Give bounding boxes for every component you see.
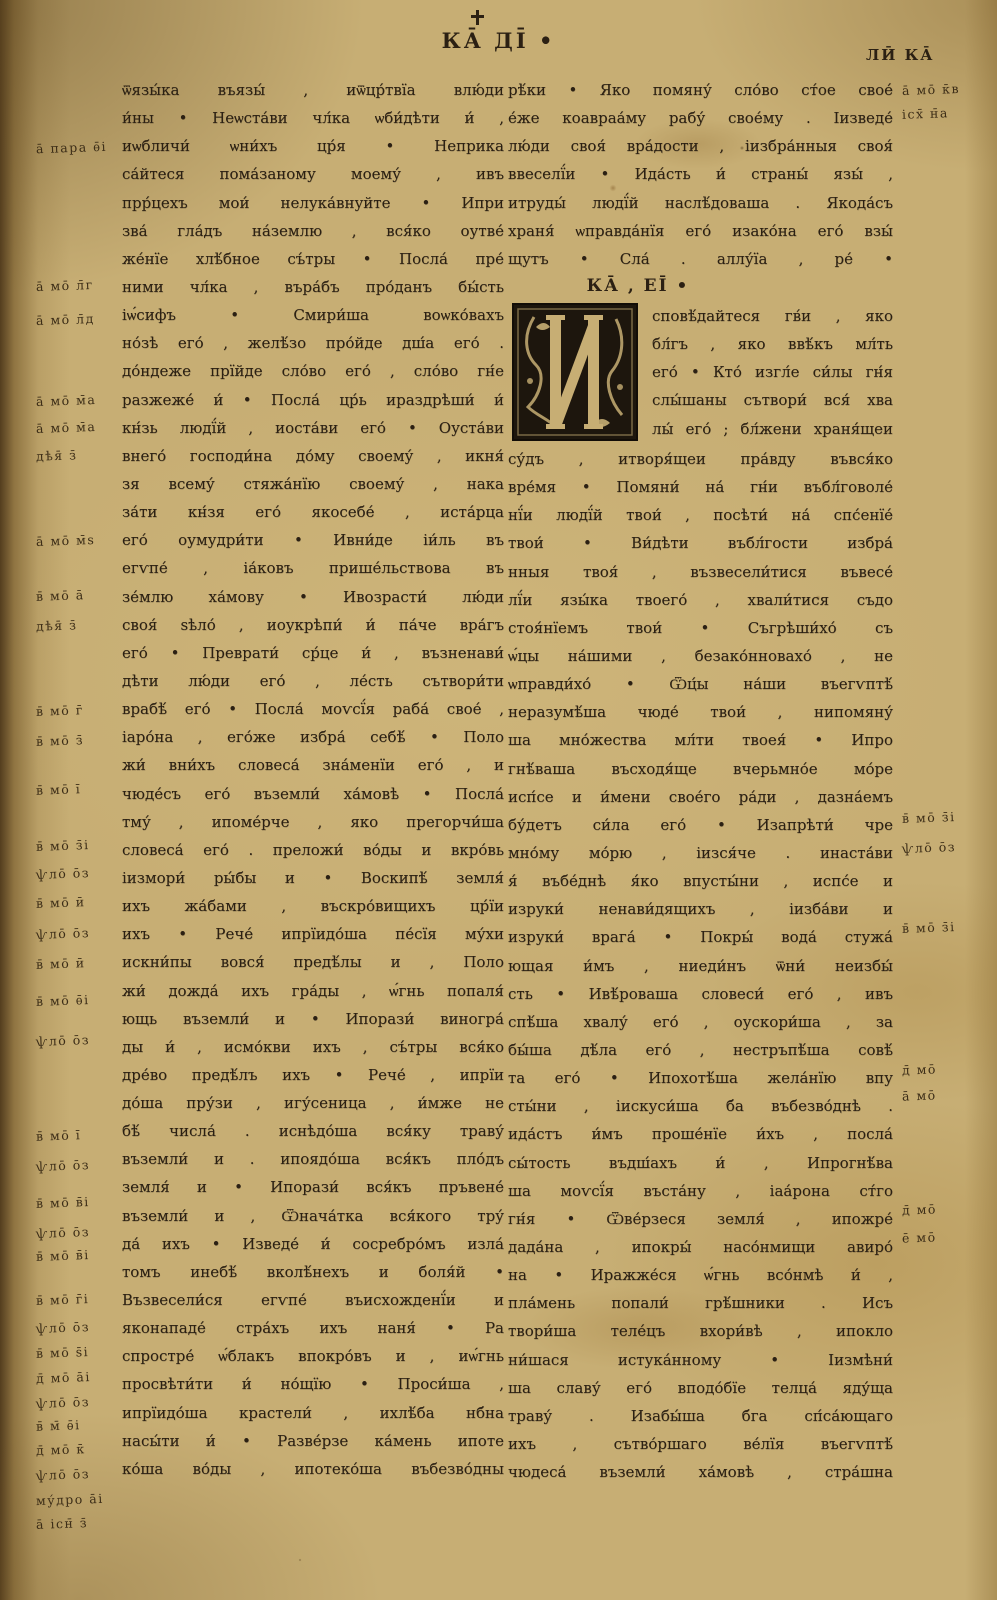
text-line: врабѣ́ его́ • Посла́ моѵсї́я раба́ свое́… xyxy=(122,695,504,723)
text-line: ѿязы́ка въязы́ , иѿцр́твїа влю́ди xyxy=(122,76,504,104)
text-line: зва́ гла́дъ на́землю , вся́ко оутве́ xyxy=(122,217,504,245)
margin-note: в̄ мо̄ а̄ xyxy=(36,587,85,604)
margin-note: ѱло̄ о̄з xyxy=(36,925,91,942)
text-line: изруки́ ненави́дящихъ , іизба́ви и xyxy=(508,895,893,923)
text-line: тму́ , ипоме́рче , яко прегорчи́ша xyxy=(122,808,504,836)
text-line: щутъ • Сла́ . аллу́їа , ре́ • xyxy=(508,245,893,273)
text-line: нї́и людї́й твои́ , посѣти́ на́ спс́енїе… xyxy=(508,501,893,529)
margin-note: в̄ мо̄ ӣ xyxy=(36,955,86,972)
text-line: ѡправди́хо́ • Ѿц́ы на́ши въегѵптѣ́ xyxy=(508,670,893,698)
text-line: его́ • Кто́ изгл́е си́лы гн́я xyxy=(652,358,893,386)
margin-note: ѱло̄ о̄з xyxy=(36,1032,91,1049)
margin-note: а̄ мо̄ xyxy=(902,1087,937,1103)
margin-note: в̄ мо̄ ѕ̄і xyxy=(36,1344,90,1361)
woodcut-initial-icon xyxy=(512,303,638,441)
text-line: та его́ • Ипохотѣ́ша жела́нїю впу xyxy=(508,1064,893,1092)
text-line: ни́шася истука́нному • Іизмѣни́ xyxy=(508,1346,893,1374)
text-line: траву́ . Изабы́ша б́га сп́са́ющаго xyxy=(508,1402,893,1430)
text-line: ющая и́мъ , ниеди́нъ ѿни́ неизбы́ xyxy=(508,952,893,980)
text-line: неразумѣ́ша чюде́ твои́ , нипомяну́ xyxy=(508,698,893,726)
text-line: ипрїидо́ша крастели́ , ихлѣ́ба нб́на xyxy=(122,1399,504,1427)
text-line: ихъ • Рече́ ипрїидо́ша пе́сїя му́хи xyxy=(122,920,504,948)
text-line: сповѣ́дайтеся гв́и , яко xyxy=(652,302,893,330)
text-line: сты́ни , іискуси́ша б́а въбезво́днѣ . xyxy=(508,1092,893,1120)
margin-note: д̄ мо̄ xyxy=(902,1201,937,1217)
text-line: Възвесели́ся егѵпе́ въисхожденї́и и xyxy=(122,1286,504,1314)
text-line: вре́мя • Помяни́ на́ гн́и въбл́говоле́ xyxy=(508,473,893,501)
cross-ornament-icon xyxy=(471,10,484,25)
margin-note: а̄ пара ѳ̄і xyxy=(36,139,108,156)
margin-note: в̄ м̄ ѳ̄і xyxy=(36,1417,81,1434)
text-line: твои́ • Ви́дѣти въбл́гости избра́ xyxy=(508,529,893,557)
margin-note: ѱло̄ о̄з xyxy=(36,1466,91,1483)
text-line: нныя твоя́ , възвесели́тися въвесе́ xyxy=(508,558,893,586)
margin-note: ѱло̄ о̄з xyxy=(36,865,91,882)
margin-note: а̄ мо̄ к̄в xyxy=(902,81,960,98)
margin-note: в̄ мо̄ і̄ xyxy=(36,1127,82,1144)
text-line: бы́ша дѣ́ла его́ , нестръпѣ́ша совѣ́ xyxy=(508,1036,893,1064)
text-line: лї́и язы́ка твоего́ , хвали́тися съдо xyxy=(508,586,893,614)
text-line: словеса́ его́ . преложи́ во́ды и вкро́вь xyxy=(122,836,504,864)
text-line: бл́гъ , яко ввѣ́къ мл́ть xyxy=(652,330,893,358)
text-line: дѣти лю́ди его́ , ле́сть сътвори́ти xyxy=(122,667,504,695)
text-line: спростре́ ѡ́блакъ впокро́въ и , иѡ́гнь xyxy=(122,1342,504,1370)
text-line: но́зѣ его́ , желѣ́зо про́йде дш́а его́ . xyxy=(122,329,504,357)
text-line: своя́ ѕѣло́ , иоукрѣпи́ и́ па́че вра́гъ xyxy=(122,611,504,639)
text-line: ихъ , сътво́ршаго ве́лїя въегѵптѣ́ xyxy=(508,1430,893,1458)
text-line: томъ инебѣ́ вколѣ́нехъ и боля́й • xyxy=(122,1258,504,1286)
text-line: бѣ́ числа́ . иснѣдо́ша вся́ку траву́ xyxy=(122,1117,504,1145)
margin-note: в̄ мо̄ з̄і xyxy=(902,919,956,936)
margin-note: ѱло̄ о̄з xyxy=(36,1224,91,1241)
text-line: рѣ́ки • Яко помяну́ сло́во ст́ое свое́ xyxy=(508,76,893,104)
text-line: ними чл́ка , въра́бъ про́данъ бы́сть xyxy=(122,273,504,301)
margin-note: ісх̄ н̄а xyxy=(902,105,949,122)
text-line: до́ша пру́зи , игу́сеница , и́мже не xyxy=(122,1089,504,1117)
text-line: исп́се и и́мени свое́го ра́ди , дазна́ем… xyxy=(508,783,893,811)
margin-note: в̄ мо̄ в̄і xyxy=(36,1194,90,1211)
margin-note: в̄ мо̄ і̄ xyxy=(36,781,82,798)
text-line: изруки́ врага́ • Покры́ вода́ стужа́ xyxy=(508,923,893,951)
text-line: просвѣти́ти и́ но́щїю • Проси́ша , xyxy=(122,1370,504,1398)
margin-note: в̄ мо̄ з̄і xyxy=(36,837,90,854)
text-line: іѡ́сифъ • Смири́ша воѡко́вахъ xyxy=(122,301,504,329)
text-line: итруды́ людї́й наслѣ́доваша . Якода́съ xyxy=(508,189,893,217)
text-line: ющь въземли́ и • Ипорази́ виногра́ xyxy=(122,1005,504,1033)
left-margin-notes: а̄ пара ѳ̄іа̄ мо̄ л̄га̄ мо̄ л̄да̄ мо̄ м̄… xyxy=(32,0,122,1600)
margin-note: ѱло̄ о̄з xyxy=(36,1157,91,1174)
margin-note: в̄ мо̄ ӣ xyxy=(36,894,86,911)
margin-note: му́дро а̄і xyxy=(36,1491,104,1508)
psalm-heading: КА̄ , ЕІ̄ • xyxy=(508,276,768,296)
right-margin-notes: а̄ мо̄ к̄вісх̄ н̄ав̄ мо̄ з̄іѱло̄ о̄зв̄ м… xyxy=(898,0,993,1600)
left-text-column: ѿязы́ка въязы́ , иѿцр́твїа влю́дии́ны • … xyxy=(122,76,504,1483)
margin-note: дѣя̄ з̄ xyxy=(36,617,78,633)
margin-note: а̄ мо̄ л̄д xyxy=(36,311,95,328)
margin-note: дѣя̄ з̄ xyxy=(36,447,78,463)
text-line: жи́ дожда́ ихъ гра́ды , ѡ́гнь попаля́ xyxy=(122,977,504,1005)
text-line: его́ • Преврати́ ср́це и́ , възненави́ xyxy=(122,639,504,667)
text-line: чюдеса́ въземли́ ха́мовѣ , стра́шна xyxy=(508,1458,893,1486)
text-line: спѣ́ша хвалу́ его́ , оускори́ша , за xyxy=(508,1008,893,1036)
text-line: бу́детъ си́ла его́ • Изапрѣти́ чре xyxy=(508,811,893,839)
text-line: іаро́на , его́же избра́ себѣ́ • Поло xyxy=(122,723,504,751)
text-line: его́ оумудри́ти • Ивни́де іи́ль въ xyxy=(122,526,504,554)
margin-note: в̄ мо̄ в̄і xyxy=(36,1247,90,1264)
text-line: лы́ его́ ; бл́жени храня́щеи xyxy=(652,415,893,443)
right-text-column-top: рѣ́ки • Яко помяну́ сло́во ст́ое свое́е́… xyxy=(508,76,893,273)
margin-note: а̄ мо̄ л̄г xyxy=(36,277,94,294)
text-line: ды и́ , исмо́кви ихъ , съ́тры вся́ко xyxy=(122,1033,504,1061)
text-line: прр́цехъ мои́ нелука́внуйте • Ипри xyxy=(122,189,504,217)
margin-note: ѱло̄ о̄з xyxy=(902,839,957,856)
text-line: до́ндеже прїйде сло́во его́ , сло́во гн́… xyxy=(122,357,504,385)
manuscript-page: КА̄ ДІ̄ • ЛӢ КА̄ а̄ пара ѳ̄іа̄ мо̄ л̄га̄… xyxy=(0,0,997,1600)
text-line: ша моѵсї́я въста́ну , іаа́рона ст́го xyxy=(508,1177,893,1205)
margin-note: д̄ мо̄ xyxy=(902,1061,937,1077)
margin-note: ѱло̄ о̄з xyxy=(36,1394,91,1411)
margin-note: в̄ мо̄ з̄ xyxy=(36,732,85,749)
text-line: стоя́нїемъ твои́ • Съгрѣши́хо́ съ xyxy=(508,614,893,642)
margin-note: а̄ мо̄ м̄а xyxy=(36,419,97,436)
text-line: я́ въбе́днѣ я́ко впусты́ни , испс́е и xyxy=(508,867,893,895)
text-line: ша славу́ его́ вподо́бїе телца́ яду́ща xyxy=(508,1374,893,1402)
text-line: яконападе́ стра́хъ ихъ наня́ • Ра xyxy=(122,1314,504,1342)
text-line: лю́ди своя́ вра́дости , іизбра́нныя своя… xyxy=(508,132,893,160)
text-line: храня́ ѡправда́нїя его́ изако́на его́ вз… xyxy=(508,217,893,245)
text-line: земля́ и • Ипорази́ вся́къ пръвене́ xyxy=(122,1173,504,1201)
text-line: ко́ша во́ды , ипотеко́ша въбезво́дны xyxy=(122,1455,504,1483)
text-line: е́же коавраа́му рабу́ свое́му . Іизведе́ xyxy=(508,104,893,132)
text-line: въземли́ и . ипоядо́ша вся́къ пло́дъ xyxy=(122,1145,504,1173)
text-line: зя всему́ стяжа́нїю своему́ , нака xyxy=(122,470,504,498)
right-text-column-rest: су́дъ , итворя́щеи пра́вду въвся́ковре́м… xyxy=(508,445,893,1486)
text-line: іизмори́ ры́бы и • Воскипѣ́ земля́ xyxy=(122,864,504,892)
text-line: ихъ жа́бами , въскро́вищихъ цр́їи xyxy=(122,892,504,920)
margin-note: а̄ існ̄ з̄ xyxy=(36,1515,89,1532)
text-line: кн́зь людї́й , иоста́ви его́ • Оуста́ви xyxy=(122,414,504,442)
text-line: дада́на , ипокры́ насо́нмищи авиро́ xyxy=(508,1233,893,1261)
text-line: гн́я • Ѿве́рзеся земля́ , ипожре́ xyxy=(508,1205,893,1233)
text-line: насы́ти и́ • Разве́рзе ка́мень ипоте xyxy=(122,1427,504,1455)
text-line: иѡбличи́ ѡни́хъ цр́я • Неприка xyxy=(122,132,504,160)
margin-note: в̄ мо̄ г̄і xyxy=(36,1291,90,1308)
text-line: внего́ господи́на до́му своему́ , икня́ xyxy=(122,442,504,470)
margin-note: в̄ мо̄ г̄ xyxy=(36,702,84,719)
text-line: да́ ихъ • Изведе́ и́ сосребро́мъ изла́ xyxy=(122,1230,504,1258)
margin-note: в̄ мо̄ з̄і xyxy=(902,809,956,826)
text-line: искни́пы вовся́ предѣ́лы и , Поло xyxy=(122,948,504,976)
running-header: КА̄ ДІ̄ • xyxy=(0,28,997,53)
text-line: мно́му мо́рю , іизся́че . инаста́ви xyxy=(508,839,893,867)
text-line: и́ны • Неѡста́ви чл́ка ѡби́дѣти и́ , xyxy=(122,104,504,132)
text-line: за́ти кн́зя его́ якосебе́ , иста́рца xyxy=(122,498,504,526)
margin-note: а̄ мо̄ м̄а xyxy=(36,392,97,409)
margin-note: ѱло̄ о̄з xyxy=(36,1319,91,1336)
right-text-column-beside-cap: сповѣ́дайтеся гв́и , якобл́гъ , яко ввѣ́… xyxy=(652,302,893,443)
margin-note: д̄ мо̄ а̄і xyxy=(36,1369,91,1386)
text-line: зе́млю ха́мову • Ивозрасти́ лю́ди xyxy=(122,583,504,611)
text-line: же́нїе хлѣ́бное съ́тры • Посла́ пре́ xyxy=(122,245,504,273)
text-line: въземли́ и , Ѿнача́тка вся́кого тру́ xyxy=(122,1202,504,1230)
text-line: дре́во предѣ́лъ ихъ • Рече́ , ипрїи xyxy=(122,1061,504,1089)
text-line: су́дъ , итворя́щеи пра́вду въвся́ко xyxy=(508,445,893,473)
text-line: на • Иражже́ся ѡ́гнь всо́нмѣ и́ , xyxy=(508,1261,893,1289)
text-line: твори́ша теле́цъ вхори́вѣ , ипокло xyxy=(508,1317,893,1345)
text-line: са́йтеся пома́заному моему́ , ивъ xyxy=(122,160,504,188)
text-line: ввеселї́и • Ида́сть и́ страны́ язы́ , xyxy=(508,160,893,188)
text-line: сы́тость въдш́ахъ и́ , Ипрогнѣ́ва xyxy=(508,1149,893,1177)
text-line: егѵпе́ , іа́ковъ прише́льствова въ xyxy=(122,554,504,582)
margin-note: в̄ мо̄ ѳ̄і xyxy=(36,992,90,1009)
text-line: ѡ́цы на́шими , безако́нновахо́ , не xyxy=(508,642,893,670)
text-line: сть • Ивѣ́роваша словеси́ его́ , ивъ xyxy=(508,980,893,1008)
margin-note: д̄ мо̄ к̄ xyxy=(36,1441,86,1458)
drop-cap-initial xyxy=(512,303,638,441)
kathisma-header-label: КА̄ ДІ̄ • xyxy=(442,28,556,53)
margin-note: а̄ мо̄ м̄ѕ xyxy=(36,532,96,549)
text-line: гнѣ́ваша въсходя́ще вчерьмно́е мо́ре xyxy=(508,755,893,783)
text-line: разжеже́ и́ • Посла́ цр́ь ираздрѣши́ и́ xyxy=(122,386,504,414)
text-line: пла́мень попали́ грѣ́шники . Исъ xyxy=(508,1289,893,1317)
text-line: слы́шаны сътвори́ вся́ хва xyxy=(652,386,893,414)
text-line: ша мно́жества мл́ти твоея́ • Ипро xyxy=(508,726,893,754)
text-line: ида́стъ и́мъ проше́нїе и́хъ , посла́ xyxy=(508,1120,893,1148)
text-line: жи́ вни́хъ словеса́ зна́менїи его́ , и xyxy=(122,751,504,779)
margin-note: е̄ мо̄ xyxy=(902,1229,937,1245)
text-line: чюде́съ его́ въземли́ ха́мовѣ • Посла́ xyxy=(122,780,504,808)
